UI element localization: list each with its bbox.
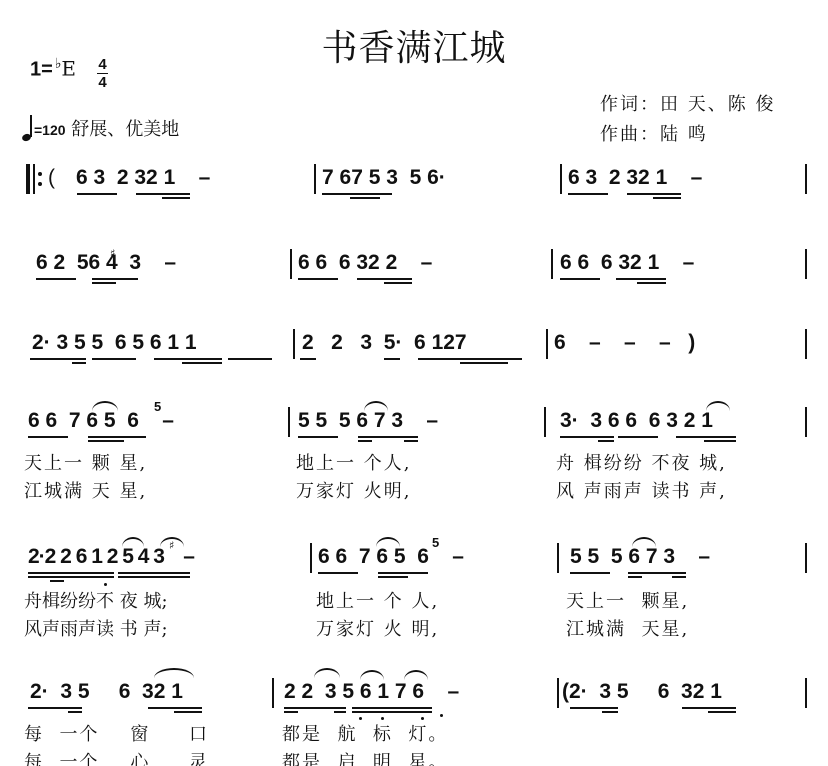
composer: 作曲：陆 鸣 [600,120,775,150]
underline [182,362,222,364]
underline [568,193,608,195]
underline [322,193,392,195]
lyric-verse-1: 都是 航 标 灯。 [282,720,448,746]
underline [384,282,412,284]
bar-line [560,164,562,194]
tempo-marking: =120 舒展、优美地 [22,115,179,141]
underline [284,707,346,709]
underline [628,572,686,574]
low-octave-dot [104,583,107,586]
bar-line [805,678,807,708]
lyric-verse-1: 舟楫纷纷不 夜 城; [24,587,168,613]
bar-line [290,249,292,279]
bar-line [805,543,807,573]
slur-icon [154,668,194,678]
underline [88,436,146,438]
slur-icon [376,537,400,547]
underline [334,711,346,713]
tempo-expression: 舒展、优美地 [71,119,179,140]
underline [616,278,666,280]
underline [88,440,124,442]
underline [598,440,614,442]
bar-line [272,678,274,708]
measure: 6 3 2 32 1 – [568,166,702,190]
underline [148,707,202,709]
key-note: E [61,57,76,81]
slur-icon [632,537,656,547]
measure: 6 6 6 32 2 – [298,251,432,275]
underline [358,440,372,442]
lyric-verse-2: 万家灯 火明, [296,477,411,503]
lyric-verse-1: 每 一个 窗 口 [24,720,209,746]
tempo-bpm: =120 [34,122,66,138]
slur-icon [404,670,428,680]
underline [570,707,618,709]
underline [318,572,358,574]
slur-icon [92,401,118,411]
quarter-note-icon [22,115,34,141]
lyric-verse-2: 江城满 天星, [566,615,689,641]
underline [708,711,736,713]
slur-icon [360,670,384,680]
underline [50,580,64,582]
measure: 2· 3 5 6 32 1 [30,680,183,704]
underline [627,193,681,195]
lyric-verse-2: 每 一个 心 灵 [24,748,209,766]
lyric-verse-2: 风 声雨声 读书 声, [556,477,727,503]
lyricist: 作词：田 天、陈 俊 [600,90,775,120]
underline [300,358,316,360]
bar-line [551,249,553,279]
underline [28,576,114,578]
underline [653,197,681,199]
underline [68,711,82,713]
underline [672,576,686,578]
underline [298,278,338,280]
underline [350,197,380,199]
slur-icon [364,401,388,411]
underline [92,358,136,360]
bar-line [546,329,548,359]
underline [92,282,116,284]
song-title: 书香满江城 [0,20,828,71]
underline [352,707,432,709]
measure: 6 6 7 6 5 6 – [28,409,174,433]
underline [357,278,412,280]
underline [704,440,736,442]
underline [28,572,114,574]
measure: 6 – – – ) [554,331,695,355]
measure: 5 5 5 6 7 3 – [298,409,438,433]
underline [637,282,666,284]
underline [28,707,82,709]
measure: (2· 3 5 6 32 1 [562,680,722,704]
lyric-verse-1: 舟 楫纷纷 不夜 城, [556,449,727,475]
measure: 2· 3 5 5 6 5 6 1 1 [32,331,197,355]
underline [162,197,190,199]
measure: 6 3 2 32 1 – [76,166,210,190]
underline [560,278,600,280]
bar-line [288,407,290,437]
key-signature: 1=♭E [30,55,76,82]
key-prefix: 1= [30,59,53,81]
bar-line [557,543,559,573]
underline [352,711,432,713]
time-sig-bottom: 4 [98,74,106,91]
lyric-verse-1: 地上一 个人, [296,449,411,475]
underline [618,436,658,438]
grace-note: 5 [154,399,161,414]
measure: 2 2 3 5· 6 127 [302,331,467,355]
underline [118,576,190,578]
underline [298,436,338,438]
underline [118,572,190,574]
underline [682,707,736,709]
underline [628,576,642,578]
bar-line [805,407,807,437]
measure: 2 2 3 5 6 1 7 6 – [284,680,459,704]
lyric-verse-1: 天上一 颗 星, [24,449,147,475]
measure: 5 5 5 6 7 3 – [570,545,710,569]
slur-icon [706,401,730,411]
underline [378,576,408,578]
underline [77,193,117,195]
underline [228,358,272,360]
time-signature: 4 4 [97,57,108,90]
open-paren: ( [48,166,55,190]
underline [284,711,298,713]
bar-line [805,164,807,194]
bar-line [314,164,316,194]
lyric-verse-2: 万家灯 火 明, [316,615,439,641]
lyric-verse-1: 天上一 颗星, [566,587,689,613]
bar-line [310,543,312,573]
measure: 7 67 5 3 5 6· [322,166,446,190]
bar-line [805,249,807,279]
measure: 6 2 56 4 3 – [36,251,176,275]
bar-line [805,329,807,359]
underline [30,358,86,360]
time-sig-top: 4 [98,56,106,73]
underline [358,436,418,438]
underline [92,278,138,280]
underline [480,358,522,360]
underline [560,436,614,438]
underline [174,711,202,713]
low-octave-dot [440,714,443,717]
measure: 6 6 7 6 5 6 – [318,545,464,569]
bar-line [544,407,546,437]
underline [154,358,222,360]
lyric-verse-1: 地上一 个 人, [316,587,439,613]
grace-note: 5 [432,535,439,550]
slur-icon [122,537,144,547]
underline [676,436,736,438]
measure: 6 6 6 32 1 – [560,251,694,275]
underline [378,572,428,574]
underline [570,572,610,574]
sharp-icon: ♯ [110,247,115,260]
lyric-verse-2: 风声雨声读 书 声; [24,615,168,641]
underline [384,358,400,360]
bar-line [293,329,295,359]
bar-line [557,678,559,708]
underline [72,362,86,364]
credits: 作词：田 天、陈 俊 作曲：陆 鸣 [600,90,775,150]
lyric-verse-2: 都是 启 明 星。 [282,748,448,766]
slur-icon [314,668,340,678]
underline [136,193,190,195]
underline [36,278,76,280]
slur-icon [160,537,184,547]
underline [480,362,508,364]
lyric-verse-2: 江城满 天 星, [24,477,147,503]
underline [28,436,68,438]
underline [602,711,618,713]
measure: 3· 3 6 6 6 3 2 1 [560,409,713,433]
underline [404,440,418,442]
